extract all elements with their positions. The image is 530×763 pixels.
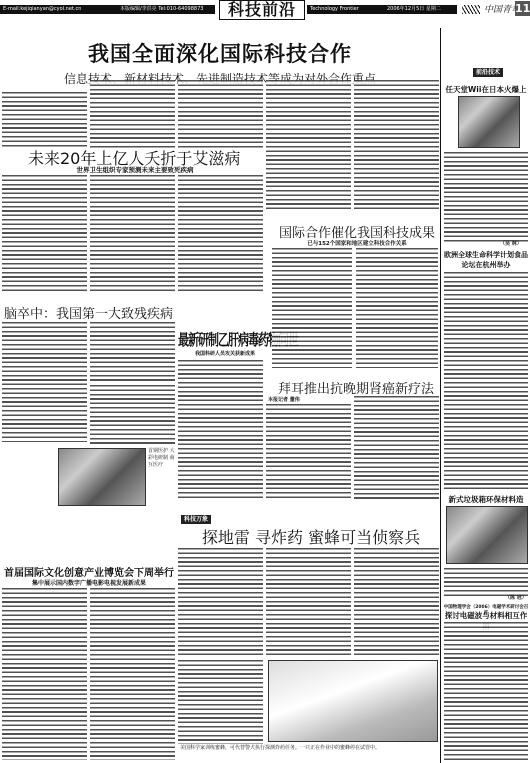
- lead-body-col3: [178, 80, 263, 148]
- story-stroke-col2: [90, 322, 175, 382]
- story-coop-col1: [272, 248, 352, 368]
- story-stroke-col1: [2, 322, 87, 442]
- sidebar-bin-headline: 新式垃圾箱环保材料造: [443, 494, 529, 505]
- photo-caption-mid: 首钢医护 大彩电研制 商互医疗: [148, 448, 176, 506]
- lead-body-col4: [266, 80, 351, 210]
- sidebar-bin-credit: （陈 冠）: [505, 594, 527, 601]
- bee-photo-caption: 美国科学家训练蜜蜂，可代替警犬执行探测炸药任务。一只正在作业中的蜜蜂停在试管中。: [180, 745, 440, 752]
- story-aids-col3: [178, 175, 263, 291]
- story-hepatitis-subheadline: 我国科研人员攻关获新成果: [180, 350, 270, 357]
- story-expo-col1: [2, 588, 87, 760]
- car-photo: [58, 448, 146, 506]
- sidebar-wii-text: [444, 152, 528, 244]
- sidebar-wii-credit: （吴 林）: [500, 240, 522, 247]
- bee-photo: [268, 660, 438, 742]
- page-number: 11: [515, 1, 530, 16]
- story-expo-headline: 首届国际文化创意产业博览会下周举行: [4, 564, 174, 579]
- story-aids-subheadline: 世界卫生组织专家预测未来主要致死疾病: [60, 165, 210, 174]
- masthead-left-bar: E-mail:kejiqianyan@cyol.net.cn 本版编辑/李洪亮 …: [0, 5, 215, 14]
- story-coop-subheadline: 已与152个国家和地区建立科技合作关系: [272, 239, 442, 247]
- story-bee-col2: [266, 548, 351, 658]
- story-bee-col4: [178, 660, 263, 744]
- masthead-right-bar: Technology Frontier 2006年12月5日 星期二: [307, 5, 457, 14]
- lead-headline: 我国全面深化国际科技合作: [0, 38, 440, 68]
- story-bayer-headline: 拜耳推出抗晚期肾癌新疗法: [272, 378, 440, 397]
- story-aids-col1: [2, 175, 87, 291]
- wii-photo: [458, 96, 520, 148]
- email: E-mail:kejiqianyan@cyol.net.cn: [3, 6, 81, 12]
- story-bee-headline: 探地雷 寻炸药 蜜蜂可当侦察兵: [186, 525, 436, 548]
- masthead: E-mail:kejiqianyan@cyol.net.cn 本版编辑/李洪亮 …: [0, 0, 530, 22]
- story-bayer-byline: 本报记者 董伟: [268, 396, 300, 403]
- story-aids-col2: [90, 175, 175, 291]
- story-bee-col1: [178, 548, 263, 658]
- story-hepatitis-col1: [178, 360, 263, 500]
- story-stroke-headline: 脑卒中：我国第一大致残疾病: [4, 303, 164, 322]
- section-title: 科技前沿: [219, 0, 305, 20]
- column-tag-science: 科技万象: [181, 515, 211, 524]
- sidebar-forum-headline: 欧洲全球生命科学计划食品论坛在杭州举办: [443, 250, 529, 270]
- lead-body-col5: [354, 80, 439, 210]
- story-stroke-col3: [90, 385, 175, 445]
- sidebar-em-text: [444, 622, 528, 762]
- story-bee-col3: [354, 548, 439, 658]
- hatch-decoration: [462, 5, 480, 14]
- story-bayer-col1: [266, 404, 351, 500]
- editor-tel: 本版编辑/李洪亮 Tel:010-64098873: [120, 5, 203, 14]
- story-expo-col2: [90, 588, 175, 760]
- sidebar-column-tag: 前沿技术: [473, 68, 503, 77]
- lead-body-col1: [2, 92, 87, 148]
- recycle-bin-photo: [446, 506, 528, 564]
- issue-date: 2006年12月5日 星期二: [387, 5, 441, 14]
- story-bayer-col2: [354, 396, 439, 500]
- sidebar-forum-text: [444, 272, 528, 492]
- story-expo-subheadline: 集中展示国内数字广播电影电视发展新成果: [4, 578, 174, 587]
- lead-body-col2: [90, 80, 175, 148]
- story-coop-col2: [356, 248, 438, 368]
- section-en: Technology Frontier: [310, 6, 359, 12]
- sidebar-divider: [440, 28, 441, 763]
